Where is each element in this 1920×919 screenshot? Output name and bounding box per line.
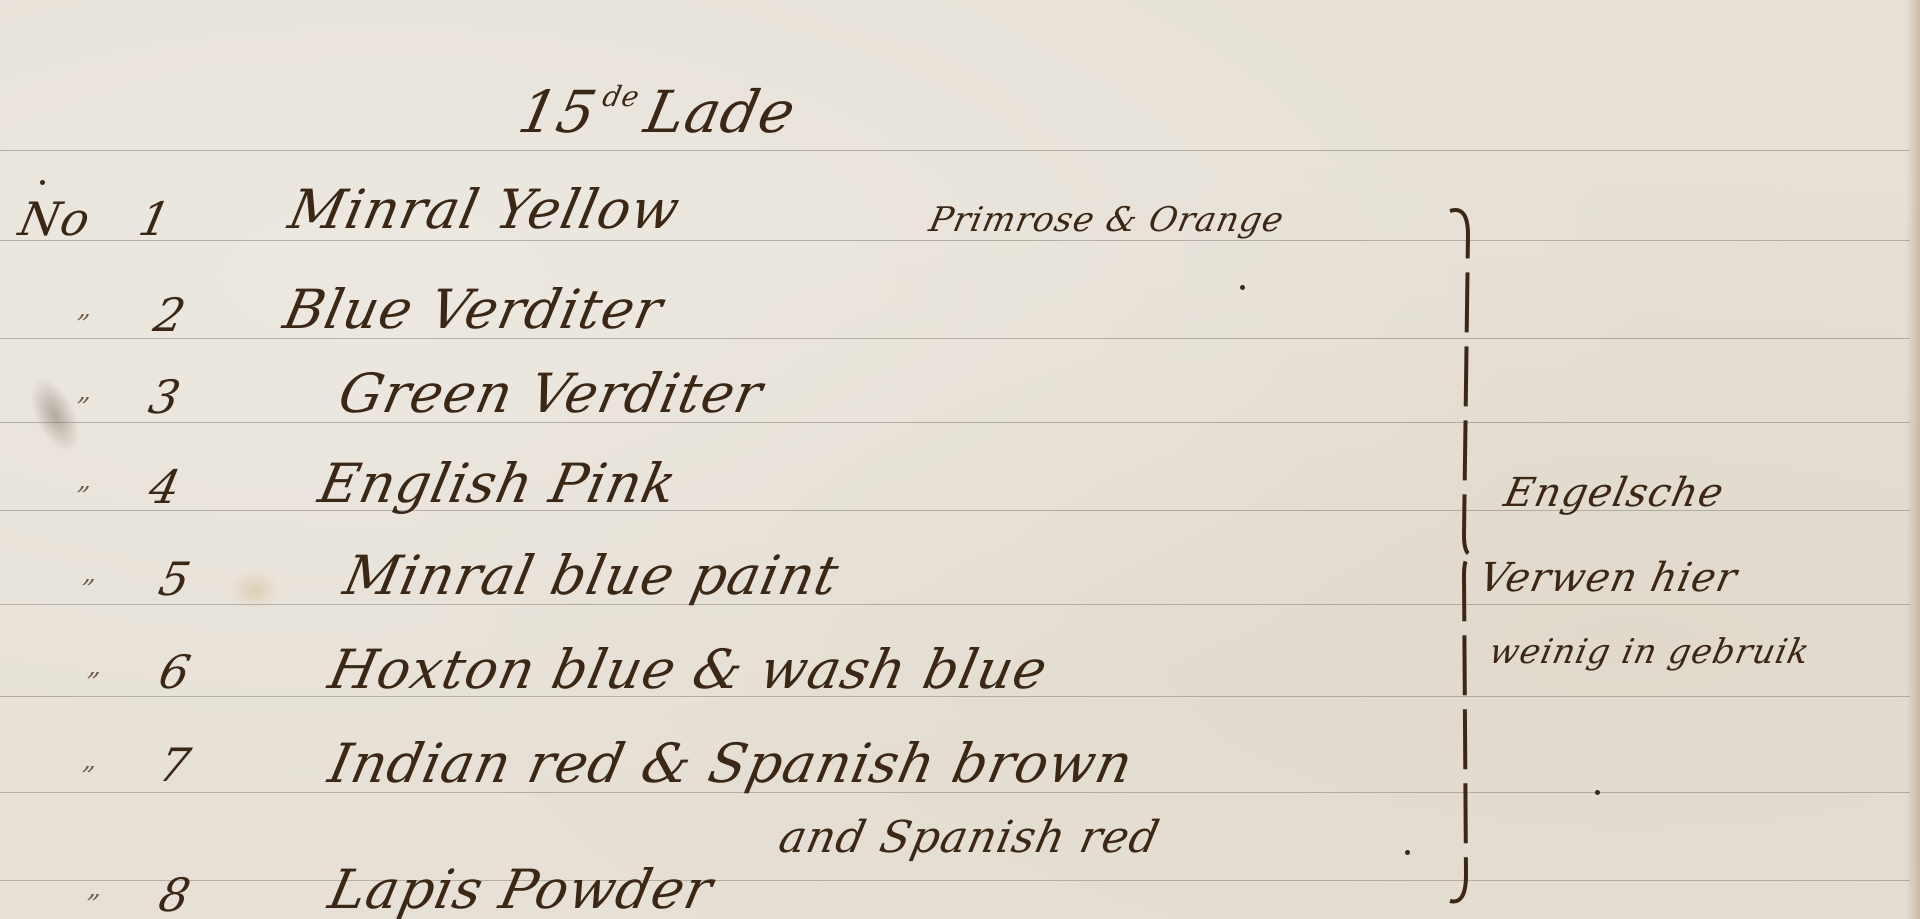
ditto-mark: ” — [82, 890, 103, 919]
ditto-mark: ” — [77, 575, 98, 605]
ditto-mark: ” — [82, 668, 103, 698]
entry-number: 5 — [154, 552, 196, 606]
ink-speck — [1240, 285, 1245, 290]
entry-note: Primrose & Orange — [926, 200, 1288, 240]
ink-speck — [1405, 850, 1410, 855]
ditto-mark: ” — [72, 482, 93, 512]
entry-number: 8 — [154, 868, 196, 919]
entry-number: 3 — [144, 370, 186, 424]
entry-text: Green Verditer — [333, 362, 768, 425]
ruling-line — [0, 150, 1910, 151]
entry-number: 4 — [144, 460, 186, 514]
entry-number: 6 — [154, 645, 196, 699]
side-note-line: weinig in gebruik — [1486, 632, 1814, 672]
heading-number: 15 — [513, 78, 603, 146]
entry-text: Indian red & Spanish brown — [323, 732, 1139, 795]
entry-text: Minral Yellow — [283, 178, 685, 241]
side-note-line: Engelsche — [1500, 470, 1728, 516]
entry-text: Blue Verditer — [278, 278, 668, 341]
paper-stain — [230, 570, 280, 610]
entry-text: English Pink — [313, 452, 682, 515]
entry-continuation: and Spanish red — [775, 812, 1165, 863]
entry-number: 1 — [134, 192, 176, 246]
drawer-heading: 15deLade — [513, 78, 802, 146]
ditto-mark: ” — [72, 393, 93, 423]
ditto-mark: ” — [77, 762, 98, 792]
ditto-mark: ” — [72, 310, 93, 340]
entry-text: Lapis Powder — [323, 858, 718, 919]
entry-number: 2 — [149, 288, 191, 342]
entry-number: 7 — [154, 738, 196, 792]
entry-text: Minral blue paint — [338, 544, 844, 607]
entry-prefix: No — [14, 192, 95, 246]
ruling-line — [0, 422, 1910, 423]
page-edge-shadow — [1906, 0, 1920, 919]
side-note-line: Verwen hier — [1475, 555, 1742, 601]
ink-speck — [1595, 790, 1600, 795]
ruling-line — [0, 604, 1910, 605]
entry-text: Hoxton blue & wash blue — [323, 638, 1053, 701]
heading-word: Lade — [639, 78, 802, 146]
ink-speck — [40, 180, 45, 185]
ruling-line — [0, 880, 1910, 881]
manuscript-page: 15deLade No 1 Minral Yellow Primrose & O… — [0, 0, 1920, 919]
curly-brace-icon — [1448, 205, 1474, 905]
heading-suffix: de — [600, 80, 644, 113]
